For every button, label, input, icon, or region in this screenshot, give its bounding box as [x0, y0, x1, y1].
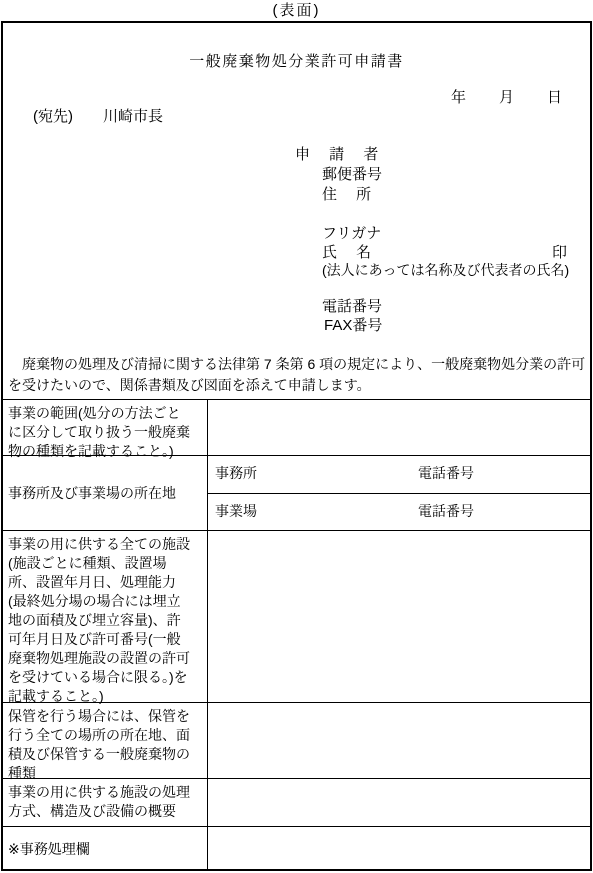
declaration-paragraph: 廃棄物の処理及び清掃に関する法律第 7 条第 6 項の規定により、一般廃棄物処分… [8, 354, 586, 396]
page-side-label: (表面) [0, 2, 593, 21]
site-phone-label[interactable]: 電話番号 [418, 501, 474, 521]
admin-processing-label: ※事務処理欄 [3, 827, 208, 869]
table-row-processing-method: 事業の用に供する施設の処理方式、構造及び設備の概要 [3, 778, 590, 826]
fax-number-label[interactable]: FAX番号 [324, 317, 382, 336]
name-label[interactable]: 氏 名 [322, 244, 371, 263]
document-title: 一般廃棄物処分業許可申請書 [0, 53, 593, 72]
storage-value-cell[interactable] [208, 703, 590, 778]
applicant-heading: 申 請 者 [295, 146, 378, 165]
corporate-name-note: (法人にあっては名称及び代表者の氏名) [322, 262, 569, 280]
business-scope-value-cell[interactable] [208, 400, 590, 455]
table-row-storage: 保管を行う場合には、保管を行う全ての場所の所在地、面積及び保管する一般廃棄物の種… [3, 702, 590, 778]
site-address-cell[interactable]: 事業場 電話番号 [208, 493, 590, 531]
table-row-office-locations: 事務所及び事業場の所在地 事務所 電話番号 事業場 電話番号 [3, 455, 590, 530]
furigana-label[interactable]: フリガナ [322, 225, 381, 244]
storage-label: 保管を行う場合には、保管を行う全ての場所の所在地、面積及び保管する一般廃棄物の種… [3, 703, 208, 778]
facilities-value-cell[interactable] [208, 531, 590, 702]
office-locations-label: 事務所及び事業場の所在地 [3, 456, 208, 530]
office-phone-label[interactable]: 電話番号 [418, 463, 474, 483]
address-label[interactable]: 住 所 [322, 186, 371, 205]
admin-processing-value-cell [208, 827, 590, 869]
addressee-line: (宛先) 川崎市長 [33, 108, 163, 127]
office-address-cell[interactable]: 事務所 電話番号 [208, 456, 590, 493]
office-label: 事務所 [215, 463, 257, 483]
date-fields[interactable]: 年 月 日 [451, 89, 563, 108]
processing-method-value-cell[interactable] [208, 779, 590, 826]
seal-mark: 印 [552, 244, 567, 263]
business-scope-label: 事業の範囲(処分の方法ごとに区分して取り扱う一般廃棄物の種類を記載すること。) [3, 400, 208, 455]
phone-number-label[interactable]: 電話番号 [322, 298, 382, 317]
postal-code-label[interactable]: 郵便番号 [322, 166, 382, 185]
application-table: 事業の範囲(処分の方法ごとに区分して取り扱う一般廃棄物の種類を記載すること。) … [3, 399, 590, 869]
table-row-admin-processing: ※事務処理欄 [3, 826, 590, 869]
table-row-facilities: 事業の用に供する全ての施設(施設ごとに種類、設置場所、設置年月日、処理能力(最終… [3, 530, 590, 702]
processing-method-label: 事業の用に供する施設の処理方式、構造及び設備の概要 [3, 779, 208, 826]
form-page: (表面) 一般廃棄物処分業許可申請書 年 月 日 (宛先) 川崎市長 申 請 者… [0, 0, 593, 873]
table-row-business-scope: 事業の範囲(処分の方法ごとに区分して取り扱う一般廃棄物の種類を記載すること。) [3, 399, 590, 455]
site-label: 事業場 [215, 501, 257, 521]
facilities-label: 事業の用に供する全ての施設(施設ごとに種類、設置場所、設置年月日、処理能力(最終… [3, 531, 208, 702]
